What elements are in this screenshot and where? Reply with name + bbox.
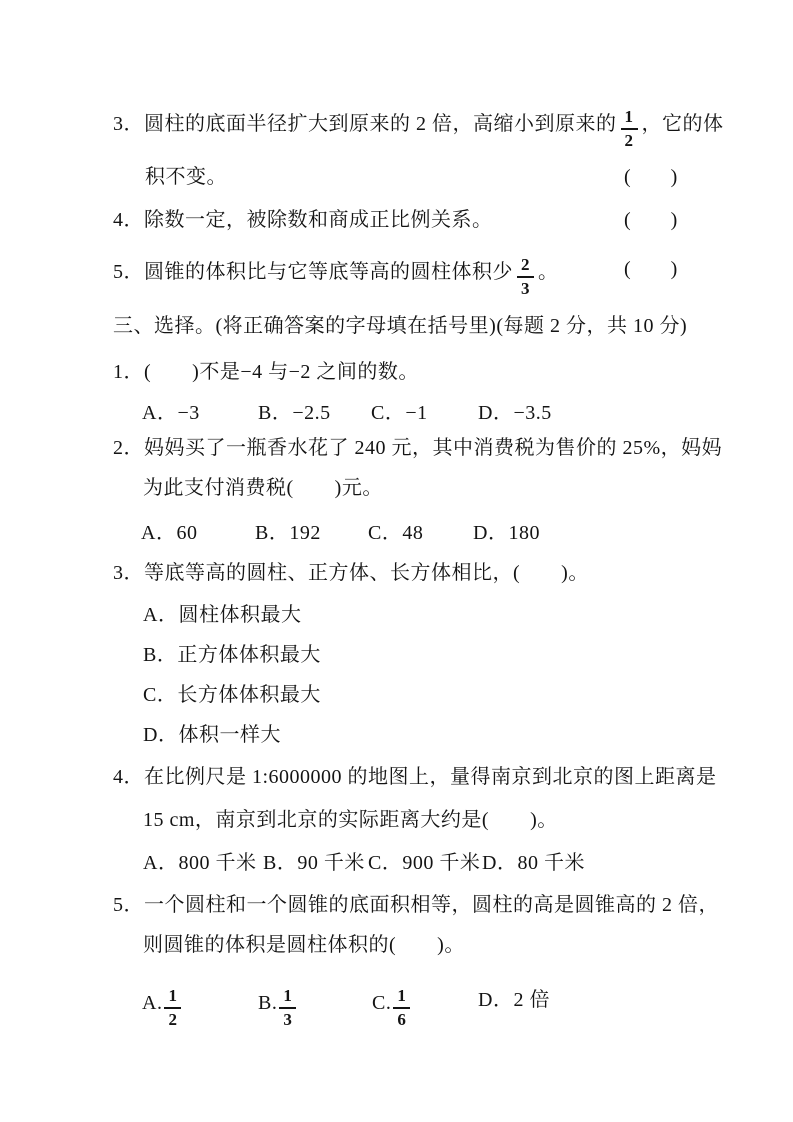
q4-option-c: C．900 千米 bbox=[368, 846, 480, 880]
q1-option-d: D．−3.5 bbox=[478, 396, 552, 430]
tf-item-3-line-2: 积不变。 bbox=[145, 160, 227, 194]
q4-option-d: D．80 千米 bbox=[482, 846, 585, 880]
q5-option-a: A.12 bbox=[142, 983, 185, 1026]
q5-options-row: A.12 B.13 C.16 D．2 倍 bbox=[0, 983, 793, 1017]
fraction-two-thirds: 23 bbox=[517, 255, 534, 298]
q5-option-b: B.13 bbox=[258, 983, 300, 1026]
q2-option-c: C．48 bbox=[368, 516, 423, 550]
q3-option-b: B．正方体体积最大 bbox=[143, 638, 321, 672]
q3-option-d: D．体积一样大 bbox=[143, 718, 281, 752]
q5-option-d: D．2 倍 bbox=[478, 983, 550, 1017]
q5-stem-line-2: 则圆锥的体积是圆柱体积的( )。 bbox=[143, 928, 465, 962]
q5-option-c: C.16 bbox=[372, 983, 414, 1026]
q4-option-b: B．90 千米 bbox=[263, 846, 365, 880]
q4-options-row: A．800 千米 B．90 千米 C．900 千米 D．80 千米 bbox=[0, 846, 793, 880]
fraction-one-sixth: 16 bbox=[393, 986, 410, 1029]
fraction-one-half: 12 bbox=[621, 107, 638, 150]
tf-item-5-text-post: 。 bbox=[538, 261, 559, 283]
tf-item-4-line: 4．除数一定，被除数和商成正比例关系。 bbox=[113, 203, 493, 237]
fraction-one-third: 13 bbox=[279, 986, 296, 1029]
q3-option-a: A．圆柱体积最大 bbox=[143, 598, 301, 632]
q1-option-b: B．−2.5 bbox=[258, 396, 331, 430]
q2-option-a: A．60 bbox=[141, 516, 197, 550]
q5-option-a-label: A. bbox=[142, 992, 162, 1014]
q4-option-a: A．800 千米 bbox=[143, 846, 256, 880]
answer-bracket-tf4: ( ) bbox=[624, 203, 677, 237]
q3-option-c: C．长方体体积最大 bbox=[143, 678, 321, 712]
q4-stem-line-1: 4．在比例尺是 1:6000000 的地图上，量得南京到北京的图上距离是 bbox=[113, 760, 717, 794]
q2-option-d: D．180 bbox=[473, 516, 540, 550]
q1-options-row: A．−3 B．−2.5 C．−1 D．−3.5 bbox=[0, 396, 793, 430]
q4-stem-line-2: 15 cm，南京到北京的实际距离大约是( )。 bbox=[143, 803, 558, 837]
q2-stem-line-1: 2．妈妈买了一瓶香水花了 240 元，其中消费税为售价的 25%，妈妈 bbox=[113, 431, 722, 465]
section-header-choice: 三、选择。(将正确答案的字母填在括号里)(每题 2 分，共 10 分) bbox=[113, 309, 687, 343]
q1-stem: 1．( )不是−4 与−2 之间的数。 bbox=[113, 355, 419, 389]
q3-stem: 3．等底等高的圆柱、正方体、长方体相比，( )。 bbox=[113, 556, 589, 590]
exam-page: 3．圆柱的底面半径扩大到原来的 2 倍，高缩小到原来的12，它的体 积不变。 (… bbox=[0, 0, 793, 1122]
answer-bracket-tf5: ( ) bbox=[624, 252, 677, 286]
q2-stem-line-2: 为此支付消费税( )元。 bbox=[143, 471, 383, 505]
tf-item-3-text-post: ，它的体 bbox=[642, 113, 724, 135]
tf-item-5-text-pre: 5．圆锥的体积比与它等底等高的圆柱体积少 bbox=[113, 261, 513, 283]
tf-item-3-text-pre: 3．圆柱的底面半径扩大到原来的 2 倍，高缩小到原来的 bbox=[113, 113, 617, 135]
q2-option-b: B．192 bbox=[255, 516, 321, 550]
q1-option-c: C．−1 bbox=[371, 396, 428, 430]
q5-stem-line-1: 5．一个圆柱和一个圆锥的底面积相等，圆柱的高是圆锥高的 2 倍， bbox=[113, 888, 719, 922]
fraction-one-half: 12 bbox=[164, 986, 181, 1029]
q1-option-a: A．−3 bbox=[142, 396, 200, 430]
tf-item-5-line: 5．圆锥的体积比与它等底等高的圆柱体积少23。 bbox=[113, 252, 559, 295]
q5-option-b-label: B. bbox=[258, 992, 277, 1014]
answer-bracket-tf3: ( ) bbox=[624, 160, 677, 194]
tf-item-3-line-1: 3．圆柱的底面半径扩大到原来的 2 倍，高缩小到原来的12，它的体 bbox=[113, 104, 724, 147]
q2-options-row: A．60 B．192 C．48 D．180 bbox=[0, 516, 793, 550]
q5-option-c-label: C. bbox=[372, 992, 391, 1014]
